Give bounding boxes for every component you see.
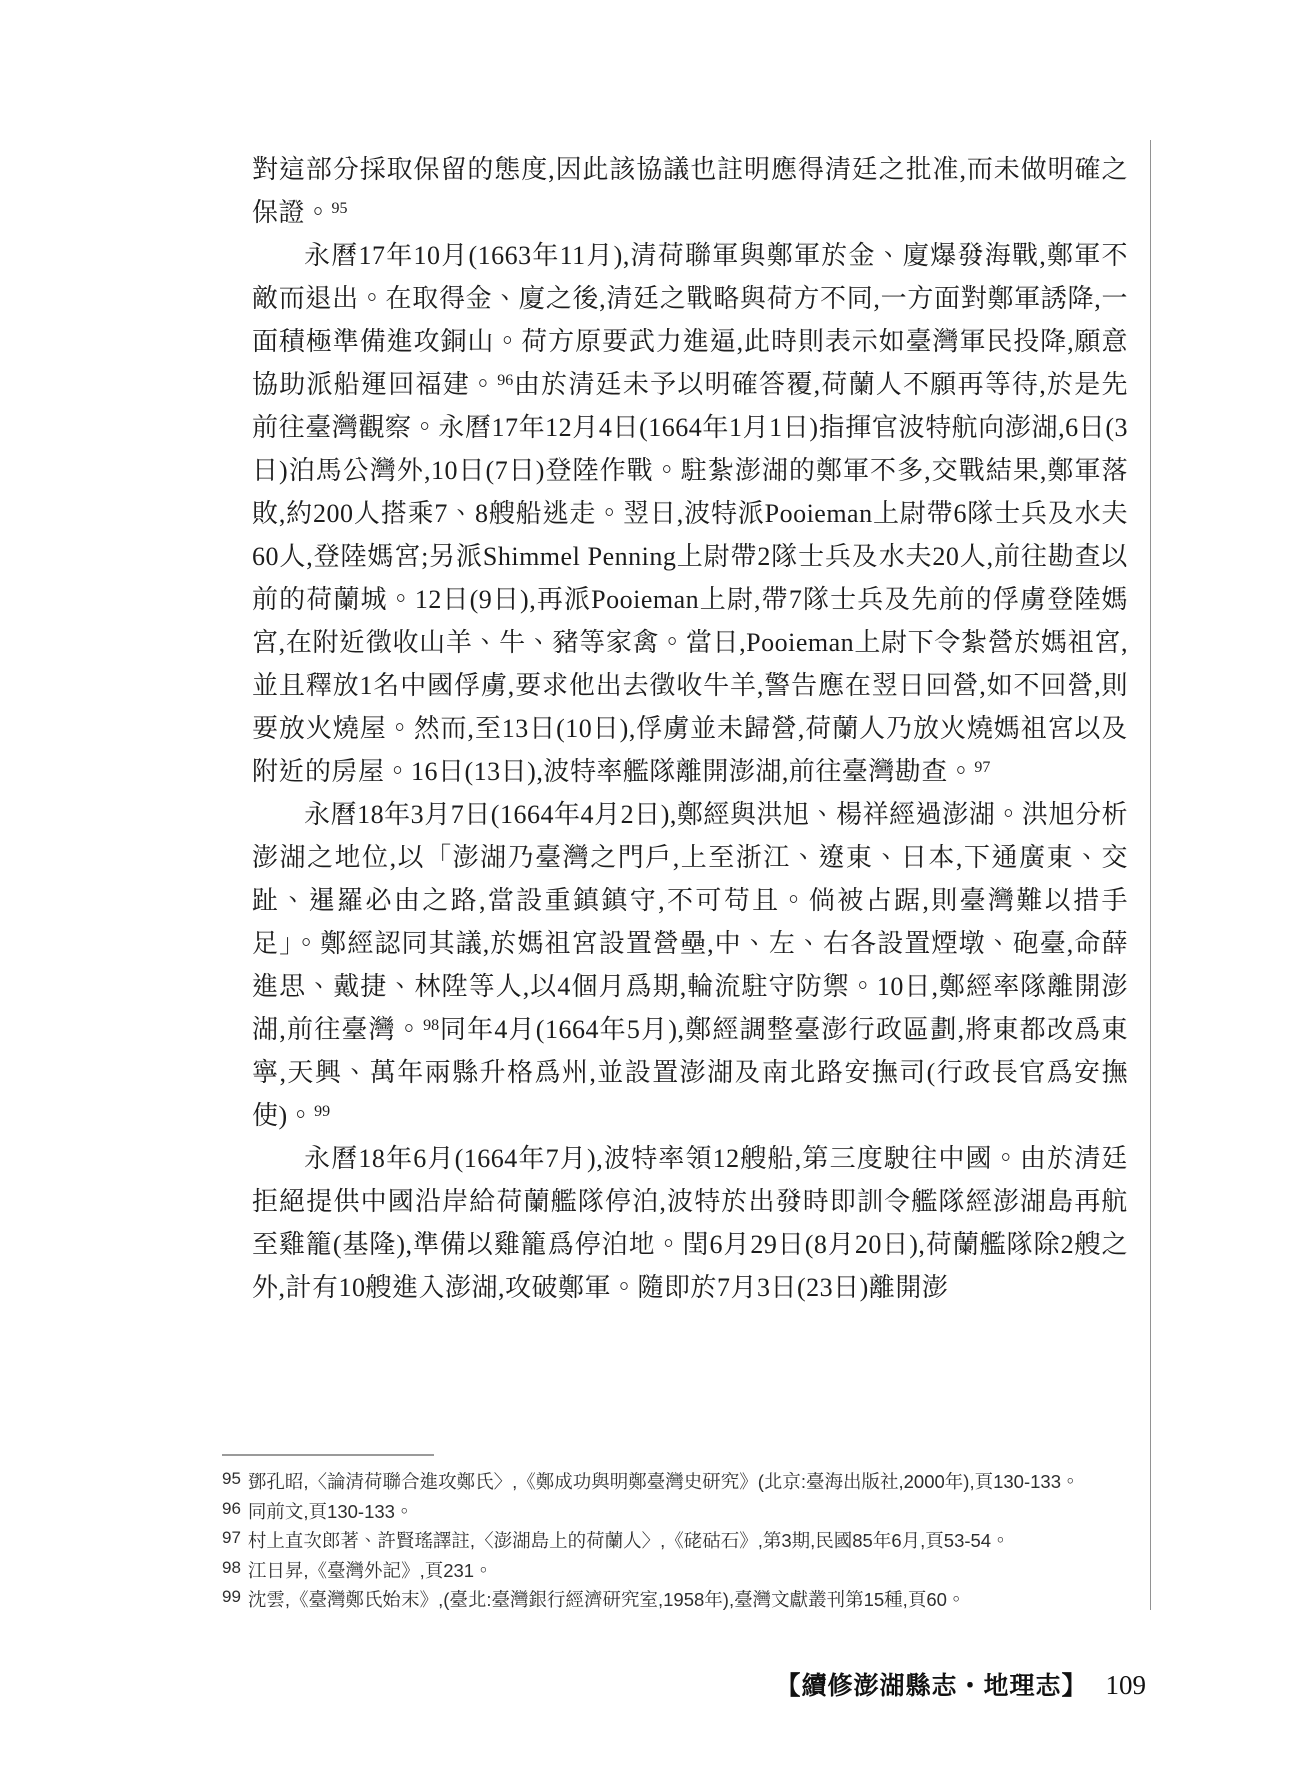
footnote-number: 98	[222, 1555, 241, 1582]
paragraph: 對這部分採取保留的態度,因此該協議也註明應得清廷之批准,而未做明確之保證。95	[252, 148, 1128, 234]
footnote-ref: 95	[332, 200, 348, 217]
footer-book-title: 【續修澎湖縣志・地理志】	[775, 1673, 1087, 1700]
footnote-separator	[222, 1454, 434, 1456]
footnote-text: 沈雲,《臺灣鄭氏始末》,(臺北:臺灣銀行經濟研究室,1958年),臺灣文獻叢刊第…	[248, 1589, 965, 1610]
scan-edge-line	[1150, 140, 1151, 1610]
footnote-text: 村上直次郎著、許賢瑤譯註,〈澎湖島上的荷蘭人〉,《硓𥑮石》,第3期,民國85年6…	[248, 1530, 1010, 1551]
footnote-ref: 96	[497, 372, 513, 389]
paragraph-text: 由於清廷未予以明確答覆,荷蘭人不願再等待,於是先前往臺灣觀察。永曆17年12月4…	[252, 370, 1128, 786]
footnote-text: 同前文,頁130-133。	[248, 1501, 414, 1522]
paragraph: 永曆17年10月(1663年11月),清荷聯軍與鄭軍於金、廈爆發海戰,鄭軍不敵而…	[252, 234, 1128, 793]
paragraph-text: 永曆18年3月7日(1664年4月2日),鄭經與洪旭、楊祥經過澎湖。洪旭分析澎湖…	[252, 800, 1128, 1044]
footnote-number: 97	[222, 1525, 241, 1552]
paragraph: 永曆18年6月(1664年7月),波特率領12艘船,第三度駛往中國。由於清廷拒絕…	[252, 1137, 1128, 1309]
footnote-item: 97村上直次郎著、許賢瑤譯註,〈澎湖島上的荷蘭人〉,《硓𥑮石》,第3期,民國85…	[222, 1525, 1162, 1555]
footer-page-number: 109	[1106, 1670, 1147, 1700]
footnotes: 95鄧孔昭,〈論清荷聯合進攻鄭氏〉,《鄭成功與明鄭臺灣史研究》(北京:臺海出版社…	[222, 1466, 1162, 1614]
paragraph: 永曆18年3月7日(1664年4月2日),鄭經與洪旭、楊祥經過澎湖。洪旭分析澎湖…	[252, 793, 1128, 1137]
footnote-item: 95鄧孔昭,〈論清荷聯合進攻鄭氏〉,《鄭成功與明鄭臺灣史研究》(北京:臺海出版社…	[222, 1466, 1162, 1496]
footnote-ref: 97	[974, 759, 990, 776]
page-footer: 【續修澎湖縣志・地理志】109	[775, 1666, 1146, 1702]
footnote-number: 95	[222, 1466, 241, 1493]
paragraph-text: 永曆18年6月(1664年7月),波特率領12艘船,第三度駛往中國。由於清廷拒絕…	[252, 1144, 1128, 1302]
document-page: 對這部分採取保留的態度,因此該協議也註明應得清廷之批准,而未做明確之保證。95永…	[0, 0, 1300, 1779]
footnote-ref: 99	[314, 1103, 330, 1120]
footnote-text: 鄧孔昭,〈論清荷聯合進攻鄭氏〉,《鄭成功與明鄭臺灣史研究》(北京:臺海出版社,2…	[248, 1471, 1080, 1492]
paragraph-text: 對這部分採取保留的態度,因此該協議也註明應得清廷之批准,而未做明確之保證。	[252, 155, 1128, 227]
footnote-item: 99沈雲,《臺灣鄭氏始末》,(臺北:臺灣銀行經濟研究室,1958年),臺灣文獻叢…	[222, 1584, 1162, 1614]
footnote-item: 98江日昇,《臺灣外記》,頁231。	[222, 1555, 1162, 1585]
footnote-text: 江日昇,《臺灣外記》,頁231。	[248, 1560, 493, 1581]
body-text: 對這部分採取保留的態度,因此該協議也註明應得清廷之批准,而未做明確之保證。95永…	[252, 148, 1128, 1309]
footnote-ref: 98	[423, 1017, 439, 1034]
footnote-item: 96同前文,頁130-133。	[222, 1496, 1162, 1526]
footnote-number: 96	[222, 1496, 241, 1523]
footnote-number: 99	[222, 1584, 241, 1611]
